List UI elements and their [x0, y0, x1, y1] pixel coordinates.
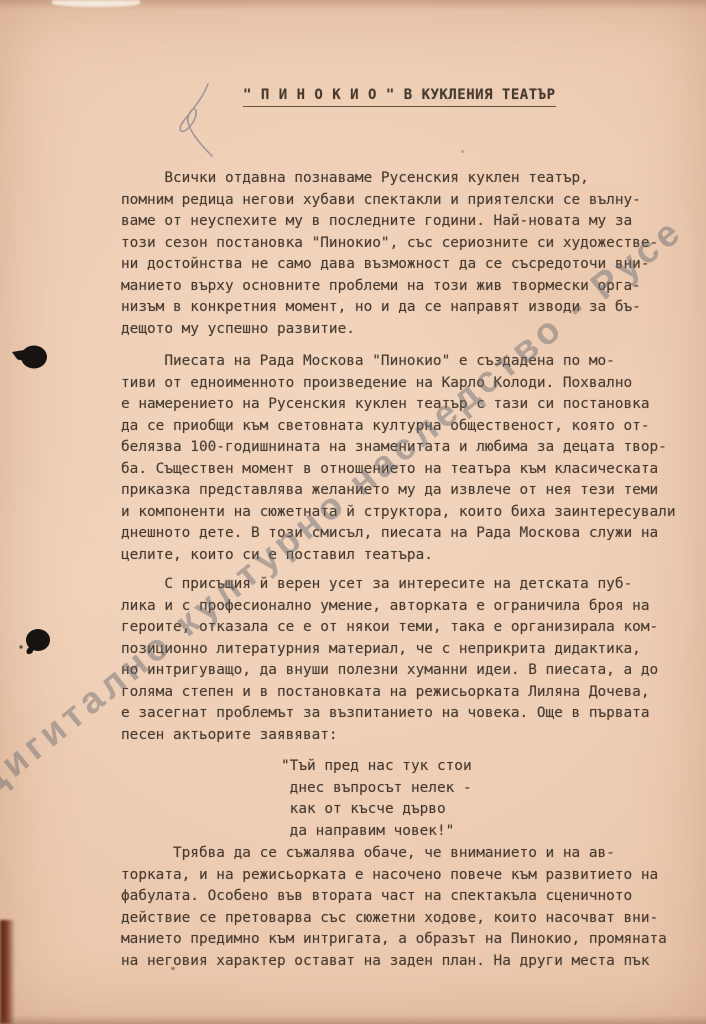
ink-blot-top — [12, 346, 47, 369]
ink-blot-bottom — [19, 629, 50, 654]
scanned-document-page: " П И Н О К И О " В КУКЛЕНИЯ ТЕАТЪР Всич… — [0, 0, 706, 1024]
scan-marks-overlay — [0, 0, 706, 1024]
pen-mark — [180, 84, 212, 156]
